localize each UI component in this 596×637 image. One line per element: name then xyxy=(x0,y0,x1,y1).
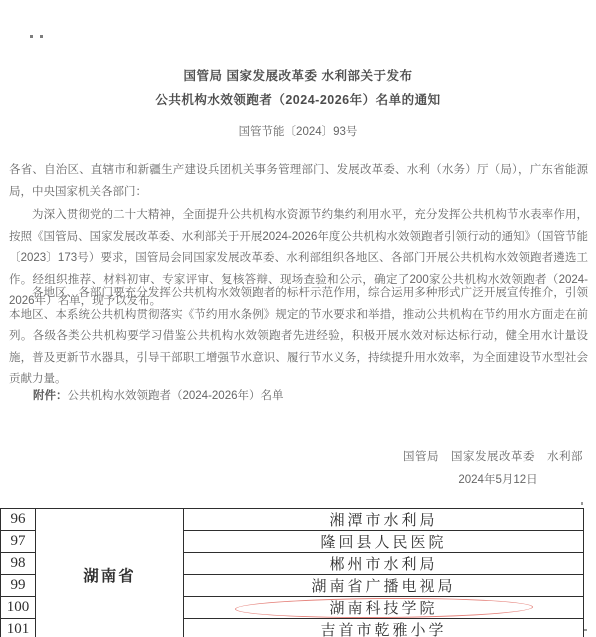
stray-mark-dot xyxy=(40,35,43,38)
stray-mark-dot xyxy=(581,502,583,505)
organization-name: 吉首市乾雅小学 xyxy=(184,619,584,637)
row-number: 100 xyxy=(1,597,36,619)
row-number: 101 xyxy=(1,619,36,637)
row-number: 99 xyxy=(1,575,36,597)
organization-name-text: 湖南科技学院 xyxy=(329,601,437,617)
issue-date: 2024年5月12日 xyxy=(433,471,563,487)
organization-name: 隆回县人民医院 xyxy=(184,531,584,553)
stray-mark-dot xyxy=(30,35,33,38)
document-page: 国管局 国家发展改革委 水利部关于发布 公共机构水效领跑者（2024-2026年… xyxy=(0,0,596,637)
province-cell: 湖南省 xyxy=(36,509,184,637)
row-number: 98 xyxy=(1,553,36,575)
stray-mark-dot xyxy=(584,629,587,631)
organization-name: 湖南科技学院 xyxy=(184,597,584,619)
row-number: 97 xyxy=(1,531,36,553)
organization-name: 湖南省广播电视局 xyxy=(184,575,584,597)
document-title-line1: 国管局 国家发展改革委 水利部关于发布 xyxy=(0,66,596,84)
issuing-agencies-signature: 国管局 国家发展改革委 水利部 xyxy=(403,448,583,464)
attachment-label: 附件： xyxy=(33,390,68,402)
leader-roster-table: 96 湖南省 湘潭市水利局 97 隆回县人民医院 98 郴州市水利局 99 湖南… xyxy=(0,508,584,637)
document-number: 国管节能〔2024〕93号 xyxy=(0,123,596,139)
paragraph-2: 各地区、各部门要充分发挥公共机构水效领跑者的标杆示范作用，综合运用多种形式广泛开… xyxy=(9,283,588,391)
row-number: 96 xyxy=(1,509,36,531)
document-title-line2: 公共机构水效领跑者（2024-2026年）名单的通知 xyxy=(0,90,596,108)
attachment-text: 公共机构水效领跑者（2024-2026年）名单 xyxy=(68,390,284,402)
organization-name: 郴州市水利局 xyxy=(184,553,584,575)
attachment-line: 附件：公共机构水效领跑者（2024-2026年）名单 xyxy=(33,387,284,403)
table-row: 96 湖南省 湘潭市水利局 xyxy=(1,509,584,531)
organization-name: 湘潭市水利局 xyxy=(184,509,584,531)
salutation: 各省、自治区、直辖市和新疆生产建设兵团机关事务管理部门、发展改革委、水利（水务）… xyxy=(9,160,588,203)
